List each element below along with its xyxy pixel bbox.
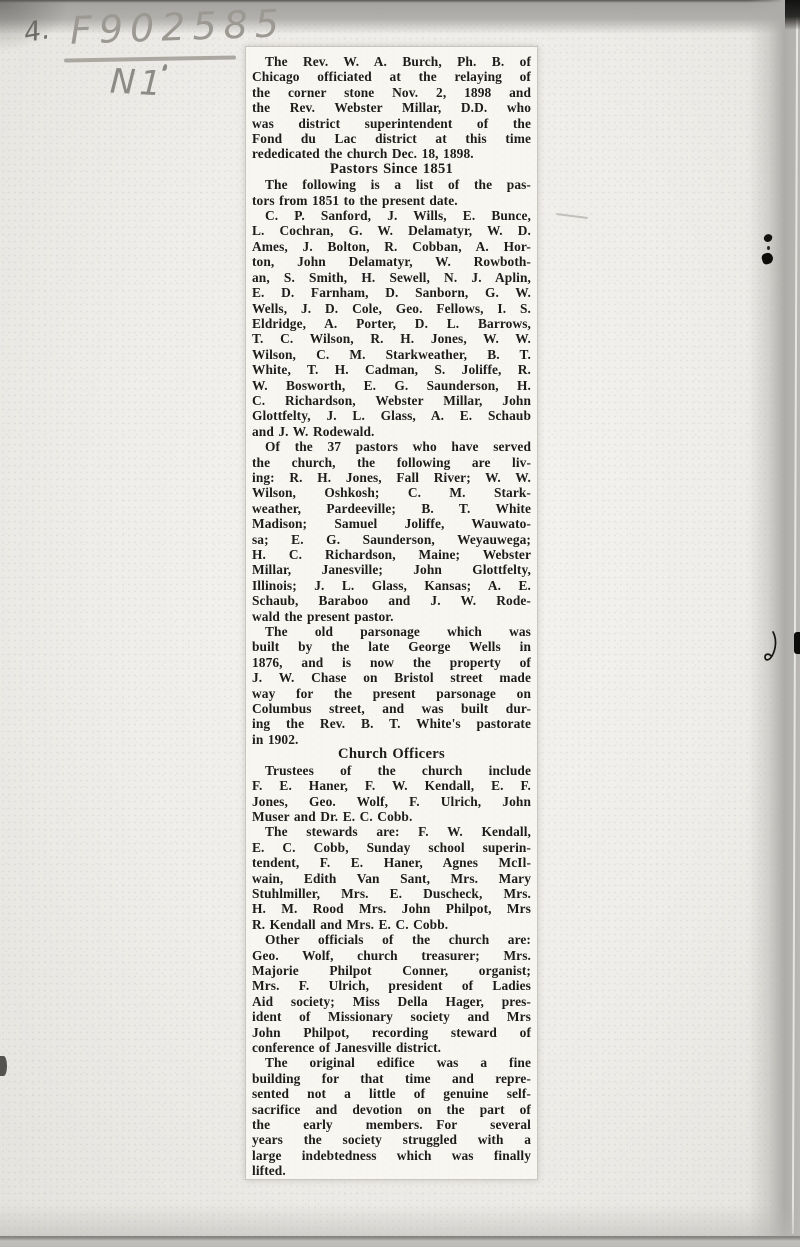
article-line: built by the late George Wells in [252,639,531,654]
article-line: an, S. Smith, H. Sewell, N. J. Aplin, [252,270,531,285]
article-line: Stuhlmiller, Mrs. E. Duscheck, Mrs. [252,886,531,901]
ink-blot-edge [794,632,800,654]
article-line: conference of Janesville district. [252,1040,531,1055]
article-column: The Rev. W. A. Burch, Ph. B. ofChicago o… [246,47,537,1179]
article-line: building for that time and repre- [252,1071,531,1086]
article-line: The following is a list of the pas- [252,177,531,192]
article-line: Chicago officiated at the relaying of [252,69,531,84]
article-line: Trustees of the church include [252,763,531,778]
article-line: wald the present pastor. [252,609,531,624]
article-line: John Philpot, recording steward of [252,1025,531,1040]
article-line: W. Bosworth, E. G. Saunderson, H. [252,378,531,393]
article-line: Of the 37 pastors who have served [252,439,531,454]
article-line: lifted. [252,1163,531,1178]
article-line: weather, Pardeeville; B. T. White [252,501,531,516]
article-line: ton, John Delamatyr, W. Rowboth- [252,254,531,269]
article-line: wain, Edith Van Sant, Mrs. Mary [252,871,531,886]
article-line: Fond du Lac district at this time [252,131,531,146]
article-line: sented not a little of genuine self- [252,1086,531,1101]
article-line: H. M. Rood Mrs. John Philpot, Mrs [252,901,531,916]
article-line: C. P. Sanford, J. Wills, E. Bunce, [252,208,531,223]
article-line: R. Kendall and Mrs. E. C. Cobb. [252,917,531,932]
handwritten-catalog-code: F902585 [69,4,286,50]
article-line: Millar, Janesville; John Glottfelty, [252,562,531,577]
article-line: way for the present parsonage on [252,686,531,701]
article-line: and J. W. Rodewald. [252,424,531,439]
ink-dot [767,246,770,250]
left-edge-ink-speck [0,1056,7,1076]
article-line: ing the Rev. B. T. White's pastorate [252,716,531,731]
article-line: 1876, and is now the property of [252,655,531,670]
article-line: sa; E. G. Saunderson, Weyauwega; [252,532,531,547]
article-line: Wilson, C. M. Starkweather, B. T. [252,347,531,362]
article-line: Geo. Wolf, church treasurer; Mrs. [252,948,531,963]
article-line: the church, the following are liv- [252,455,531,470]
article-line: C. Richardson, Webster Millar, John [252,393,531,408]
article-heading: Pastors Since 1851 [252,162,531,177]
article-line: H. C. Richardson, Maine; Webster [252,547,531,562]
article-line: Majorie Philpot Conner, organist; [252,963,531,978]
article-line: Illinois; J. L. Glass, Kansas; A. E. [252,578,531,593]
handwritten-page-number: 4. [22,16,52,47]
article-line: rededicated the church Dec. 18, 1898. [252,146,531,161]
article-line: E. D. Farnham, D. Sanborn, G. W. [252,285,531,300]
article-line: ident of Missionary society and Mrs [252,1009,531,1024]
article-line: Mrs. F. Ulrich, president of Ladies [252,978,531,993]
article-line: the Rev. Webster Millar, D.D. who [252,100,531,115]
article-line: The old parsonage which was [252,624,531,639]
pencil-scratch [556,213,588,219]
newspaper-clipping: The Rev. W. A. Burch, Ph. B. ofChicago o… [245,46,538,1180]
article-heading: Church Officers [252,747,531,762]
article-line: Glottfelty, J. L. Glass, A. E. Schaub [252,408,531,423]
handwritten-underline [64,55,236,62]
article-line: White, T. H. Cadman, S. Joliffe, R. [252,362,531,377]
article-line: The stewards are: F. W. Kendall, [252,824,531,839]
article-line: Other officials of the church are: [252,932,531,947]
article-line: Eldridge, A. Porter, D. L. Barrows, [252,316,531,331]
scan-edge-bottom-fade [0,1204,800,1238]
article-line: Jones, Geo. Wolf, F. Ulrich, John [252,794,531,809]
article-line: Wilson, Oshkosh; C. M. Stark- [252,485,531,500]
article-line: L. Cochran, G. W. Delamatyr, W. D. [252,223,531,238]
article-line: F. E. Haner, F. W. Kendall, E. F. [252,778,531,793]
scan-corner-top-right [785,0,800,30]
article-line: years the society struggled with a [252,1132,531,1147]
article-line: The Rev. W. A. Burch, Ph. B. of [252,54,531,69]
article-line: tendent, F. E. Haner, Agnes McIl- [252,855,531,870]
article-line: in 1902. [252,732,531,747]
article-line: Columbus street, and was built dur- [252,701,531,716]
article-line: large indebtedness which was finally [252,1148,531,1163]
handwritten-note-dot [162,64,168,72]
article-line: sacrifice and devotion on the part of [252,1102,531,1117]
article-line: Madison; Samuel Joliffe, Wauwato- [252,516,531,531]
article-line: Muser and Dr. E. C. Cobb. [252,809,531,824]
handwritten-note: N1 [109,65,166,102]
article-line: Aid society; Miss Della Hager, pres- [252,994,531,1009]
article-line: ing: R. H. Jones, Fall River; W. W. [252,470,531,485]
article-line: tors from 1851 to the present date. [252,193,531,208]
article-line: Ames, J. Bolton, R. Cobban, A. Hor- [252,239,531,254]
scanned-page: 4. F902585 N1 The Rev. W. A. Burch, Ph. … [0,0,800,1247]
article-line: the corner stone Nov. 2, 1898 and [252,85,531,100]
article-line: Wells, J. D. Cole, Geo. Fellows, I. S. [252,301,531,316]
article-line: The original edifice was a fine [252,1055,531,1070]
article-line: the early members. For several [252,1117,531,1132]
scan-edge-bottom [0,1236,800,1247]
ink-squiggle-mark [763,630,779,671]
article-line: J. W. Chase on Bristol street made [252,670,531,685]
article-line: E. C. Cobb, Sunday school superin- [252,840,531,855]
article-line: T. C. Wilson, R. H. Jones, W. W. [252,331,531,346]
article-line: was district superintendent of the [252,116,531,131]
article-line: Schaub, Baraboo and J. W. Rode- [252,593,531,608]
